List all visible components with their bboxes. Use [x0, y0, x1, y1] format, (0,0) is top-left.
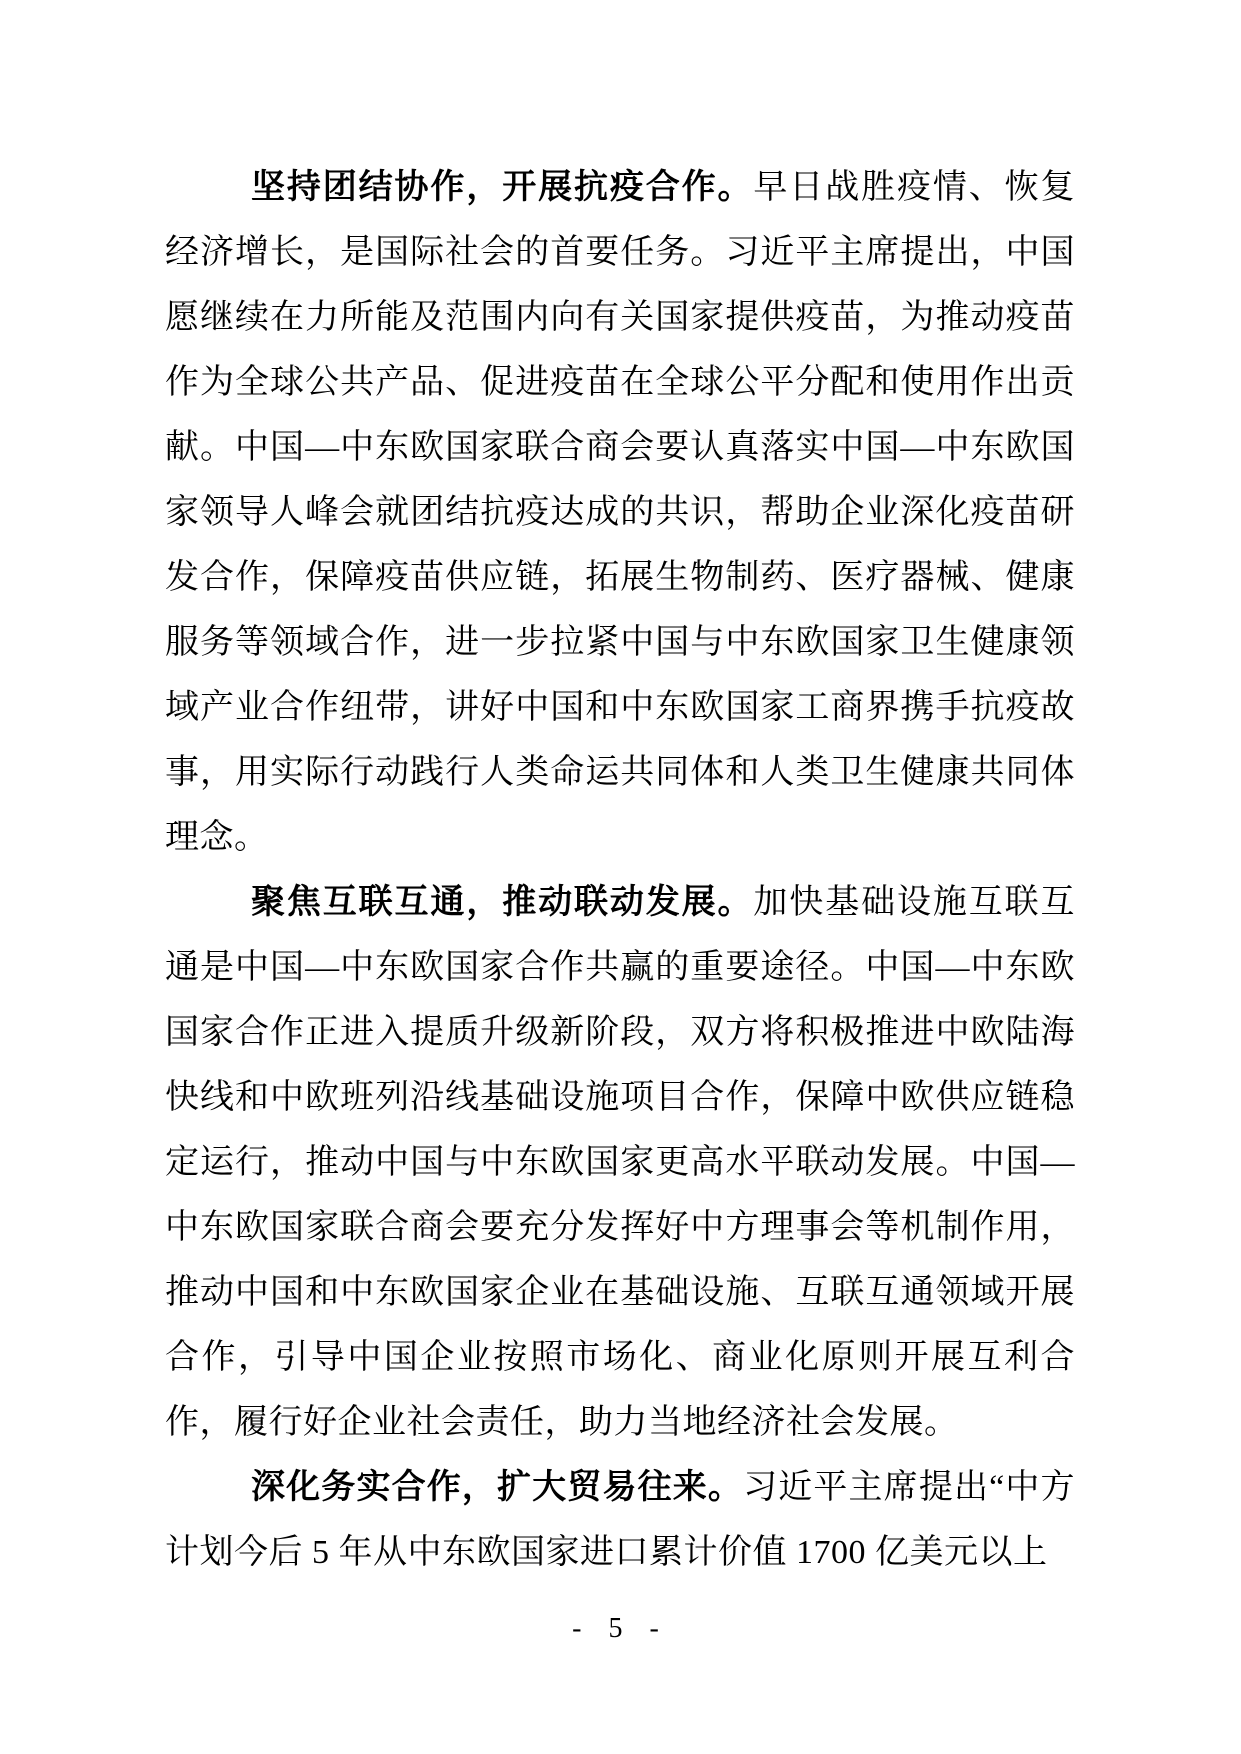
paragraph-lead-bold: 坚持团结协作，开展抗疫合作。: [251, 169, 753, 206]
page-number: - 5 -: [572, 1613, 669, 1644]
page-footer: - 5 -: [0, 1608, 1241, 1650]
paragraph-trade: 深化务实合作，扩大贸易往来。习近平主席提出“中方计划今后 5 年从中东欧国家进口…: [165, 1455, 1075, 1585]
paragraph-text: 早日战胜疫情、恢复经济增长，是国际社会的首要任务。习近平主席提出，中国愿继续在力…: [165, 169, 1075, 856]
paragraph-text: 加快基础设施互联互通是中国—中东欧国家合作共赢的重要途径。中国—中东欧国家合作正…: [165, 884, 1075, 1441]
paragraph-connectivity: 聚焦互联互通，推动联动发展。加快基础设施互联互通是中国—中东欧国家合作共赢的重要…: [165, 870, 1075, 1455]
document-page: 坚持团结协作，开展抗疫合作。早日战胜疫情、恢复经济增长，是国际社会的首要任务。习…: [0, 0, 1241, 1754]
paragraph-lead-bold: 深化务实合作，扩大贸易往来。: [251, 1469, 743, 1506]
paragraph-lead-bold: 聚焦互联互通，推动联动发展。: [251, 884, 753, 921]
document-body: 坚持团结协作，开展抗疫合作。早日战胜疫情、恢复经济增长，是国际社会的首要任务。习…: [165, 155, 1075, 1585]
paragraph-unity-anti-epidemic: 坚持团结协作，开展抗疫合作。早日战胜疫情、恢复经济增长，是国际社会的首要任务。习…: [165, 155, 1075, 870]
